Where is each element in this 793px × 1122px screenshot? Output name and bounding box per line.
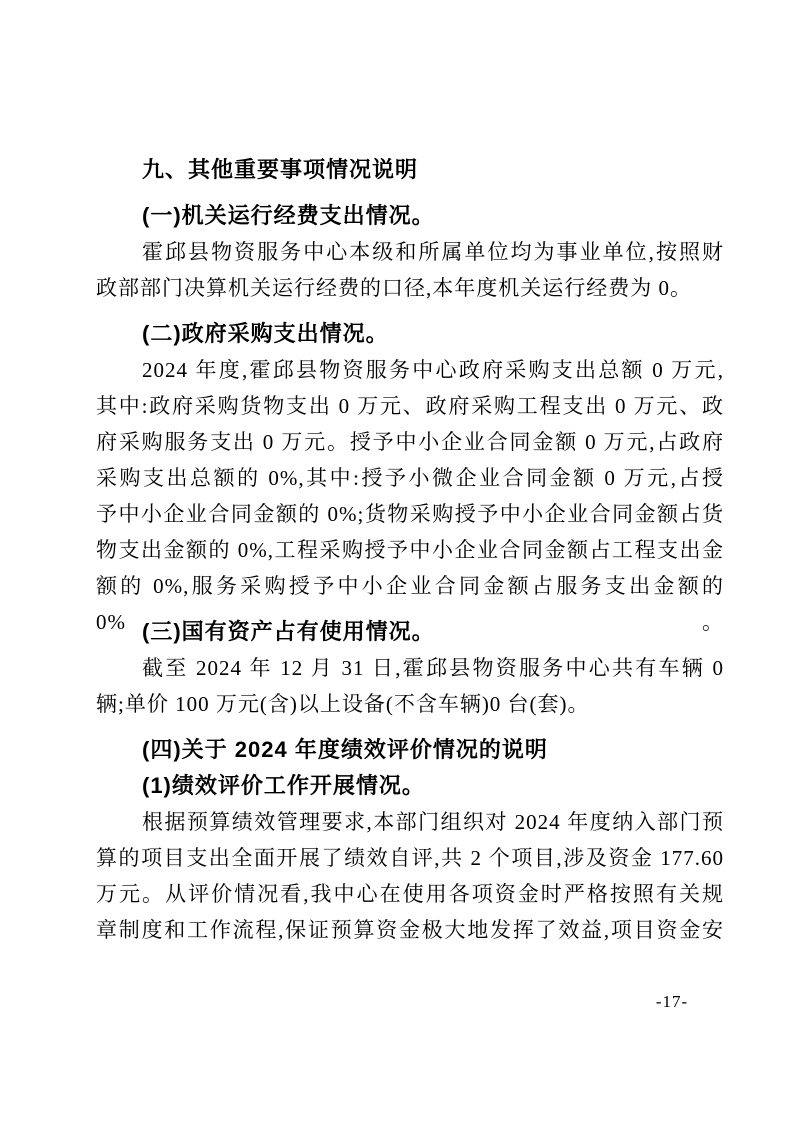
section-heading: (一)机关运行经费支出情况。 [96, 198, 724, 234]
doc-heading: 九、其他重要事项情况说明 [96, 152, 724, 188]
paragraph-line: 辆;单价 100 万元(含)以上设备(不含车辆)0 台(套)。 [96, 686, 724, 722]
section-heading: (1)绩效评价工作开展情况。 [96, 768, 724, 804]
paragraph-line: 政部部门决算机关运行经费的口径,本年度机关运行经费为 0。 [96, 270, 724, 306]
paragraph-line: 霍邱县物资服务中心本级和所属单位均为事业单位,按照财 [96, 234, 724, 270]
paragraph-line: 算的项目支出全面开展了绩效自评,共 2 个项目,涉及资金 177.60 [96, 840, 724, 876]
paragraph-line: 根据预算绩效管理要求,本部门组织对 2024 年度纳入部门预 [96, 804, 724, 840]
paragraph-line: 万元。从评价情况看,我中心在使用各项资金时严格按照有关规 [96, 876, 724, 912]
paragraph-line: 章制度和工作流程,保证预算资金极大地发挥了效益,项目资金安 [96, 912, 724, 948]
paragraph-line: 额的 0%,服务采购授予中小企业合同金额占服务支出金额的 0%。 [96, 568, 724, 604]
paragraph-line: 采购支出总额的 0%,其中:授予小微企业合同金额 0 万元,占授 [96, 460, 724, 496]
paragraph-line: 予中小企业合同金额的 0%;货物采购授予中小企业合同金额占货 [96, 496, 724, 532]
section-heading: (二)政府采购支出情况。 [96, 316, 724, 352]
paragraph-line: 截至 2024 年 12 月 31 日,霍邱县物资服务中心共有车辆 0 [96, 650, 724, 686]
paragraph-line: 其中:政府采购货物支出 0 万元、政府采购工程支出 0 万元、政 [96, 388, 724, 424]
document-page: 九、其他重要事项情况说明 (一)机关运行经费支出情况。 霍邱县物资服务中心本级和… [0, 0, 793, 1122]
document-body: 九、其他重要事项情况说明 (一)机关运行经费支出情况。 霍邱县物资服务中心本级和… [96, 152, 724, 948]
paragraph-line: 2024 年度,霍邱县物资服务中心政府采购支出总额 0 万元, [96, 352, 724, 388]
paragraph-line: 物支出金额的 0%,工程采购授予中小企业合同金额占工程支出金 [96, 532, 724, 568]
section-heading: (四)关于 2024 年度绩效评价情况的说明 [96, 732, 724, 768]
paragraph-line: 府采购服务支出 0 万元。授予中小企业合同金额 0 万元,占政府 [96, 424, 724, 460]
page-number: -17- [646, 992, 698, 1012]
